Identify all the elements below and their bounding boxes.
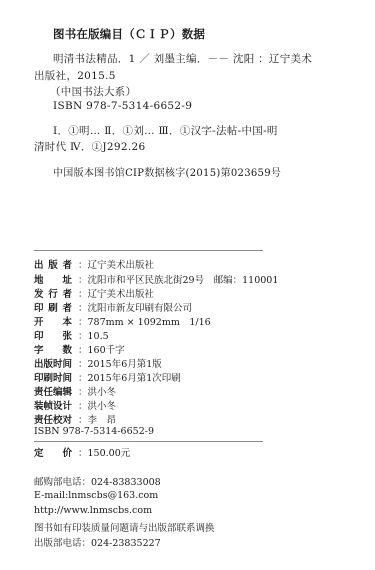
imprint-row-sheets: 印张：10.5 [34, 328, 109, 342]
imprint-isbn: ISBN 978-7-5314-6652-9 [34, 426, 154, 437]
imprint-row-format: 开本：787mm × 1092mm 1/16 [34, 314, 211, 328]
cip-line: 明清书法精品．1 ／ 刘墨主编．－－ 沈阳 ：辽宁美术 [53, 51, 312, 66]
imprint-label: 定价 [34, 445, 72, 459]
isbn-value: ISBN 978-7-5314-6652-9 [34, 426, 154, 437]
imprint-label: 印刷时间 [34, 370, 72, 384]
separator: ： [78, 300, 88, 314]
separator: ： [78, 314, 88, 328]
website-url: http://www.lnmscbs.com [34, 505, 152, 516]
imprint-value: 2015年6月第1版 [88, 356, 162, 370]
separator: ： [78, 286, 88, 300]
imprint-label: 印刷者 [34, 300, 72, 314]
imprint-label: 出版者 [34, 257, 72, 271]
imprint-value: 沈阳市新友印刷有限公司 [88, 300, 193, 314]
imprint-row-proofreader: 责任校对：李 昂 [34, 412, 116, 426]
imprint-row-word-count: 字数：160千字 [34, 342, 125, 356]
separator: ： [78, 356, 88, 370]
imprint-label: 地址 [34, 272, 72, 286]
cip-line: （中国书法大系） [50, 84, 136, 99]
imprint-row-distributor: 发行者：辽宁美术出版社 [34, 286, 154, 300]
imprint-value: 787mm × 1092mm 1/16 [88, 314, 211, 328]
imprint-value: 洪小冬 [88, 398, 117, 412]
publishing-dept-phone: 出版部电话：024-23835227 [34, 535, 161, 549]
imprint-label: 开本 [34, 314, 72, 328]
separator: ： [78, 445, 88, 459]
imprint-value: 辽宁美术出版社 [88, 286, 155, 300]
separator: ： [78, 412, 88, 426]
separator: ： [78, 398, 88, 412]
separator: ： [78, 272, 88, 286]
imprint-value: 李 昂 [88, 412, 117, 426]
separator: ： [78, 384, 88, 398]
separator: ： [78, 370, 88, 384]
imprint-value: 10.5 [88, 331, 109, 342]
price-value: 150.00元 [88, 445, 131, 459]
separator: ： [78, 257, 88, 271]
imprint-label: 字数 [34, 342, 72, 356]
separator: ： [78, 328, 88, 342]
imprint-label: 印张 [34, 328, 72, 342]
imprint-row-publisher: 出版者：辽宁美术出版社 [34, 257, 154, 271]
imprint-row-address: 地址：沈阳市和平区民族北街29号 邮编：110001 [34, 272, 278, 286]
imprint-label: 发行者 [34, 286, 72, 300]
imprint-row-price: 定价：150.00元 [34, 445, 130, 459]
cip-line: 出版社，2015.5 [34, 68, 116, 83]
mail-order-phone: 邮购部电话：024-83833008 [34, 474, 161, 488]
imprint-value: 160千字 [88, 342, 125, 356]
cip-verification-number: 中国版本图书馆CIP数据核字(2015)第023659号 [53, 164, 281, 179]
imprint-label: 责任校对 [34, 412, 72, 426]
imprint-label: 出版时间 [34, 356, 72, 370]
divider-bottom [34, 441, 263, 442]
imprint-value: 2015年6月第1次印刷 [88, 370, 181, 384]
cip-isbn: ISBN 978-7-5314-6652-9 [53, 100, 192, 112]
imprint-row-printer: 印刷者：沈阳市新友印刷有限公司 [34, 300, 192, 314]
email-address: E-mail:lnmscbs@163.com [34, 490, 158, 501]
imprint-row-editor: 责任编辑：洪小冬 [34, 384, 116, 398]
divider-top [34, 250, 263, 251]
imprint-value: 辽宁美术出版社 [88, 257, 155, 271]
separator: ： [78, 342, 88, 356]
imprint-row-designer: 装帧设计：洪小冬 [34, 398, 116, 412]
imprint-label: 装帧设计 [34, 398, 72, 412]
cip-classification: 清时代 Ⅳ．①J292.26 [34, 139, 145, 154]
imprint-label: 责任编辑 [34, 384, 72, 398]
quality-notice: 图书如有印装质量问题请与出版部联系调换 [34, 520, 215, 534]
imprint-value: 沈阳市和平区民族北街29号 邮编：110001 [88, 272, 279, 286]
imprint-value: 洪小冬 [88, 384, 117, 398]
imprint-row-print-date: 印刷时间：2015年6月第1次印刷 [34, 370, 181, 384]
imprint-row-publish-date: 出版时间：2015年6月第1版 [34, 356, 162, 370]
cip-title: 图书在版编目（ＣＩＰ）数据 [53, 26, 205, 42]
cip-classification: Ⅰ．①明… Ⅱ．①刘… Ⅲ．①汉字-法帖-中国-明 [53, 123, 278, 138]
